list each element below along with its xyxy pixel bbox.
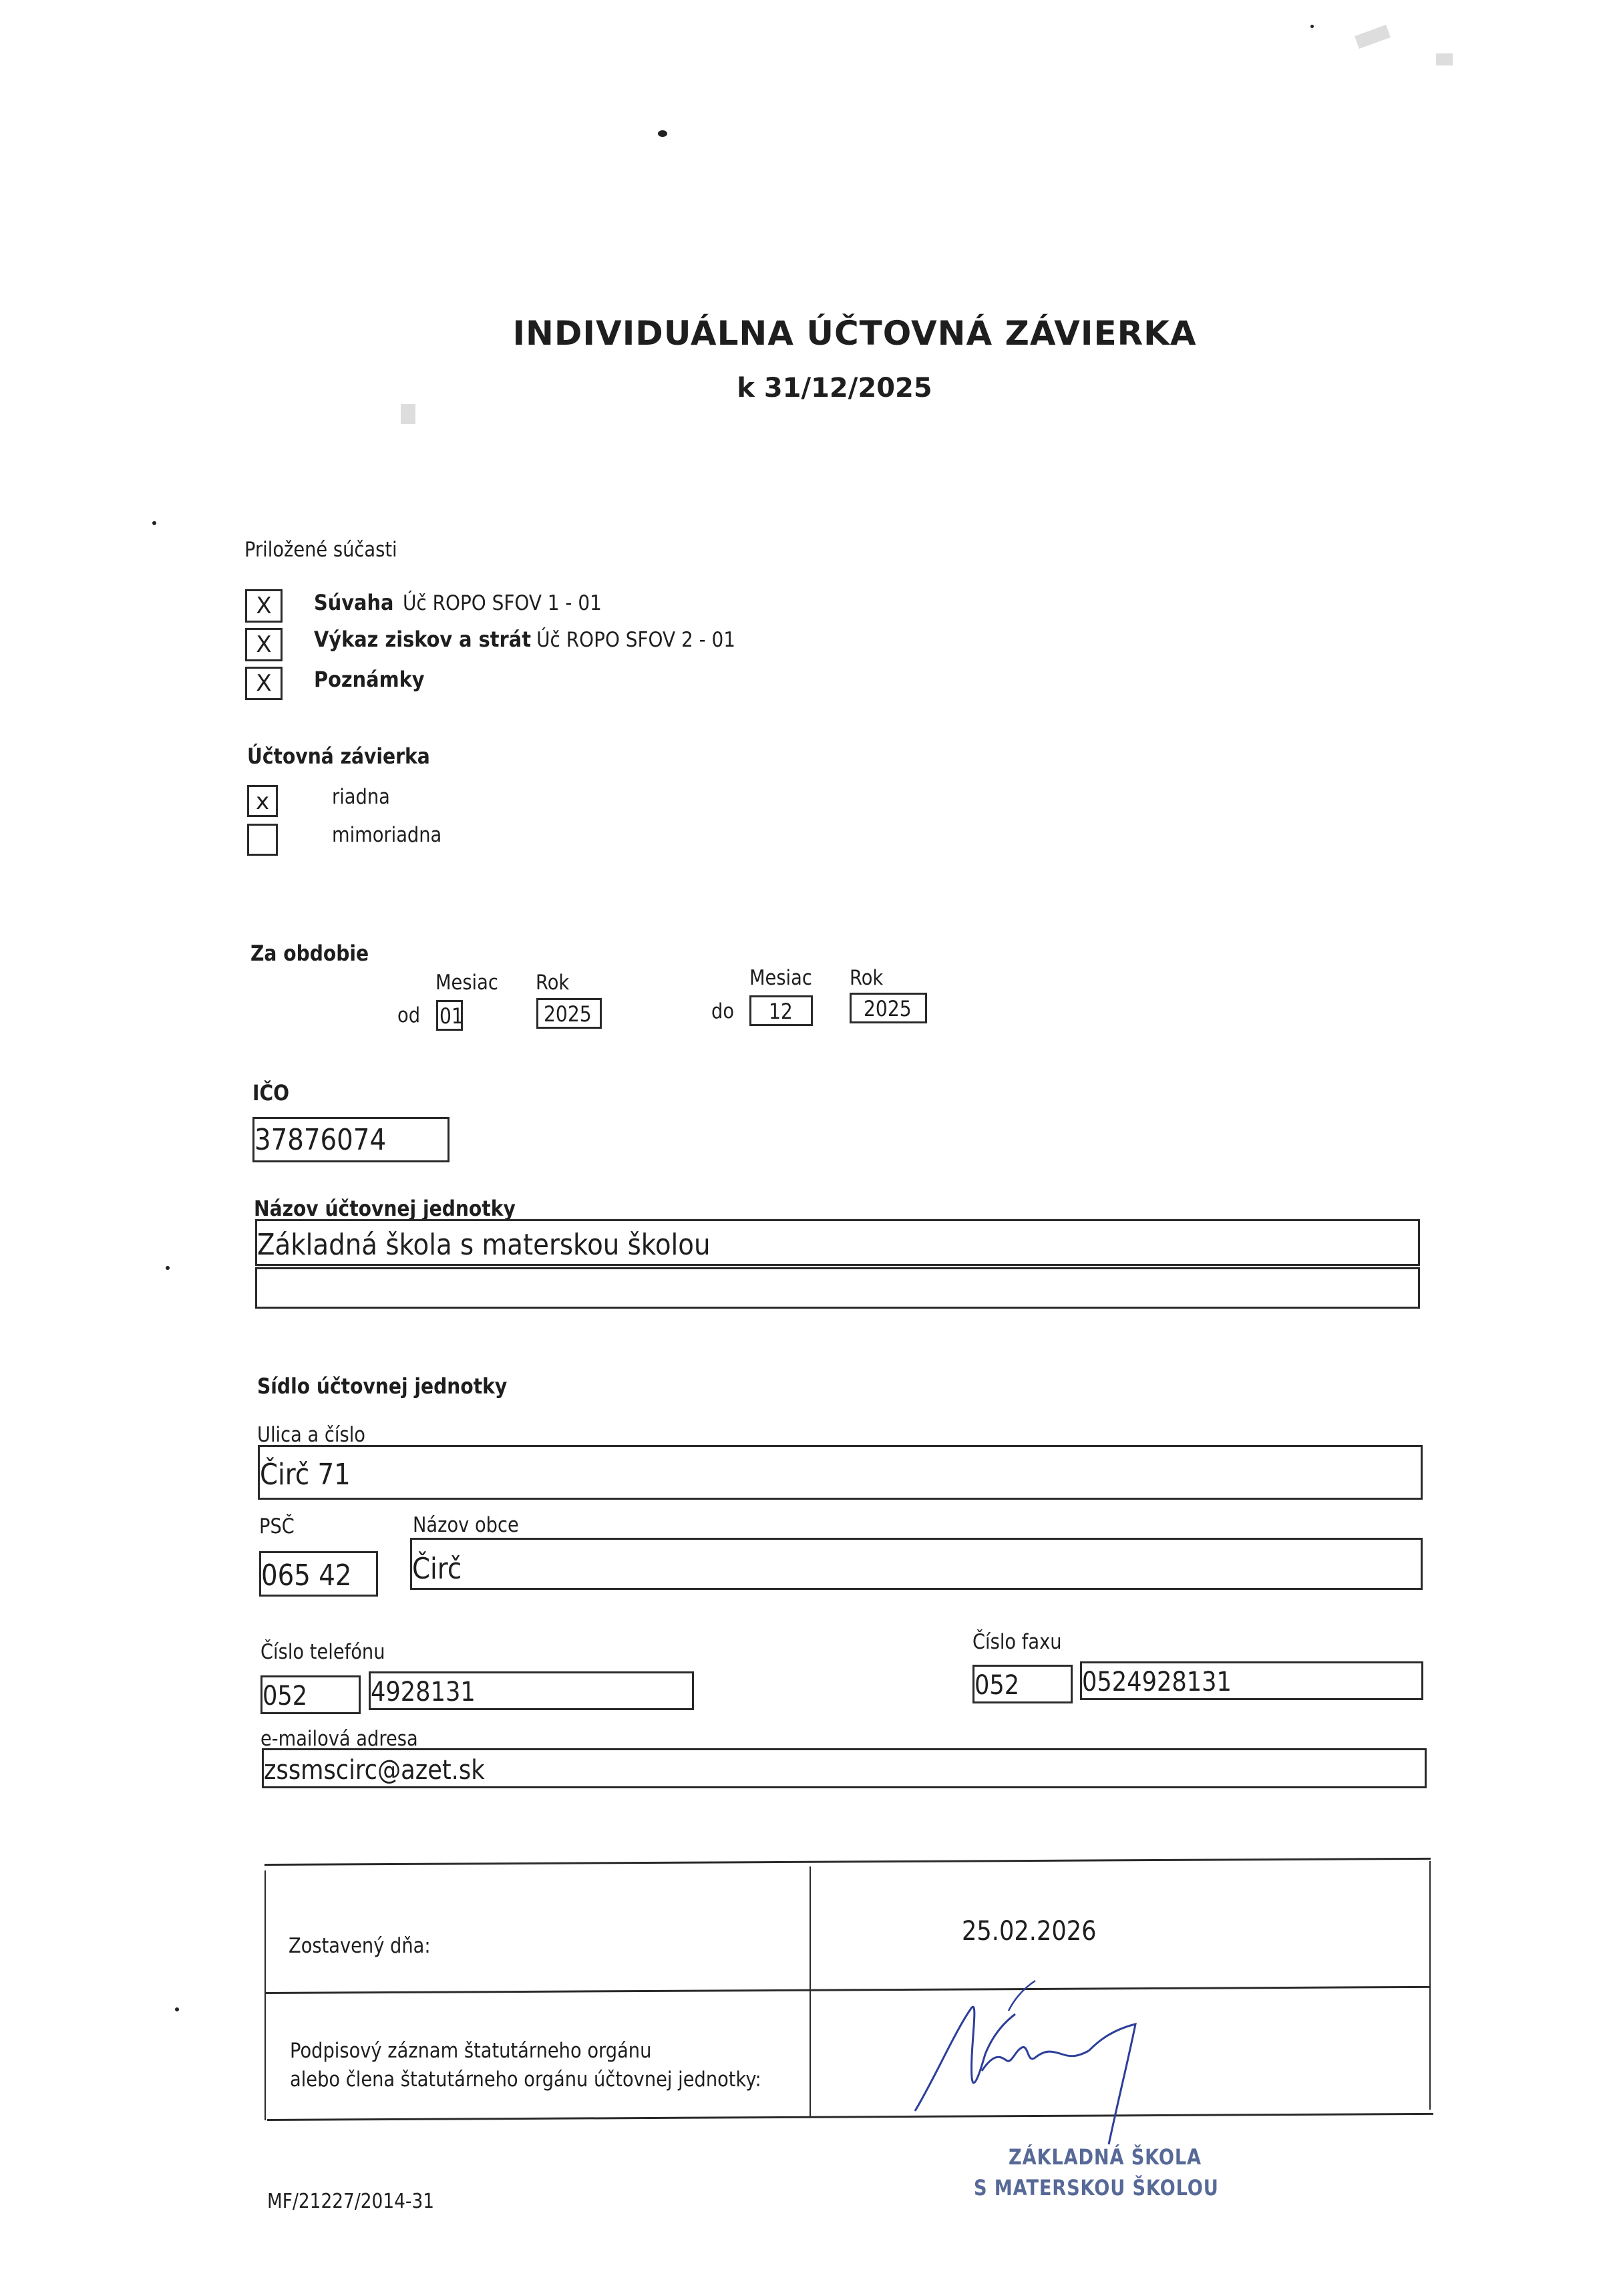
statement-type-heading: Účtovná závierka — [247, 744, 430, 769]
table-border-right — [1429, 1861, 1431, 2110]
scan-speck — [166, 1266, 170, 1270]
scan-noise — [1436, 53, 1453, 65]
scan-speck — [175, 2007, 179, 2011]
period-to-month-label: Mesiac — [749, 966, 812, 990]
attachments-heading: Priložené súčasti — [244, 538, 397, 562]
attachment-checkbox-poznamky[interactable]: X — [245, 667, 283, 700]
email-field[interactable]: zssmscirc@azet.sk — [262, 1748, 1427, 1788]
document-date: k 31/12/2025 — [0, 373, 1609, 403]
table-border-middle — [264, 1986, 1431, 1994]
zip-label: PSČ — [259, 1514, 295, 1538]
attachment-name: Výkaz ziskov a strát — [314, 627, 531, 652]
email-label: e-mailová adresa — [260, 1727, 418, 1751]
statement-type-mimoriadna-checkbox[interactable] — [247, 824, 278, 856]
fax-label: Číslo faxu — [972, 1630, 1062, 1654]
compiled-date-value: 25.02.2026 — [962, 1916, 1097, 1947]
attachment-name: Súvaha — [314, 590, 393, 615]
signature-label-line2: alebo člena štatutárneho orgánu účtovnej… — [290, 2068, 761, 2092]
street-field[interactable]: Čirč 71 — [258, 1445, 1423, 1500]
attachment-checkbox-vykaz[interactable]: X — [245, 628, 283, 661]
table-border-divider — [810, 1866, 811, 2116]
city-field[interactable]: Čirč — [410, 1538, 1423, 1590]
scan-speck — [1310, 25, 1314, 28]
entity-name-line1-field[interactable]: Základná škola s materskou školou — [255, 1219, 1420, 1266]
period-from-year-label: Rok — [536, 971, 569, 995]
phone-number-field[interactable]: 4928131 — [369, 1671, 694, 1710]
address-heading: Sídlo účtovnej jednotky — [257, 1373, 507, 1399]
document-title: INDIVIDUÁLNA ÚČTOVNÁ ZÁVIERKA — [0, 314, 1609, 353]
attachment-name: Poznámky — [314, 667, 425, 692]
statement-type-riadna-checkbox[interactable]: x — [247, 785, 278, 817]
phone-label: Číslo telefónu — [260, 1640, 385, 1664]
entity-name-line2-field[interactable] — [255, 1267, 1420, 1309]
stamp-line2: S MATERSKOU ŠKOLOU — [974, 2175, 1219, 2200]
fax-number-field[interactable]: 0524928131 — [1080, 1661, 1423, 1700]
period-to-year-label: Rok — [850, 966, 883, 990]
stamp-line1: ZÁKLADNÁ ŠKOLA — [1009, 2144, 1202, 2170]
scan-noise — [401, 404, 415, 424]
table-border-top — [264, 1858, 1431, 1866]
scan-speck — [658, 130, 667, 137]
phone-prefix-field[interactable]: 052 — [260, 1675, 361, 1714]
table-border-bottom — [267, 2113, 1433, 2121]
period-from-year-field[interactable]: 2025 — [536, 998, 602, 1029]
period-from-month-label: Mesiac — [435, 971, 498, 995]
street-label: Ulica a číslo — [257, 1423, 365, 1447]
fax-prefix-field[interactable]: 052 — [972, 1665, 1073, 1703]
handwritten-signature — [908, 1977, 1189, 2151]
ico-field[interactable]: 37876074 — [252, 1117, 450, 1162]
period-heading: Za obdobie — [250, 941, 369, 966]
table-border-left — [264, 1870, 266, 2120]
period-to-year-field[interactable]: 2025 — [850, 993, 927, 1023]
statement-type-mimoriadna-label: mimoriadna — [332, 823, 441, 847]
period-to-month-field[interactable]: 12 — [749, 995, 813, 1026]
period-to-label: do — [711, 999, 734, 1023]
form-code: MF/21227/2014-31 — [267, 2190, 434, 2213]
entity-name-label: Názov účtovnej jednotky — [254, 1196, 516, 1221]
period-from-month-field[interactable]: 01 — [436, 1000, 463, 1031]
period-from-label: od — [397, 1003, 420, 1027]
compiled-date-label: Zostavený dňa: — [289, 1934, 431, 1958]
zip-field[interactable]: 065 42 — [259, 1551, 378, 1597]
attachment-detail: Úč ROPO SFOV 2 - 01 — [536, 628, 735, 652]
statement-type-riadna-label: riadna — [332, 785, 390, 809]
attachment-checkbox-suvaha[interactable]: X — [245, 589, 283, 623]
scan-noise — [1355, 25, 1391, 49]
ico-label: IČO — [252, 1080, 289, 1106]
signature-label-line1: Podpisový záznam štatutárneho orgánu — [290, 2039, 651, 2063]
scan-speck — [152, 521, 156, 525]
attachment-detail: Úč ROPO SFOV 1 - 01 — [403, 591, 602, 615]
city-label: Názov obce — [413, 1513, 519, 1537]
